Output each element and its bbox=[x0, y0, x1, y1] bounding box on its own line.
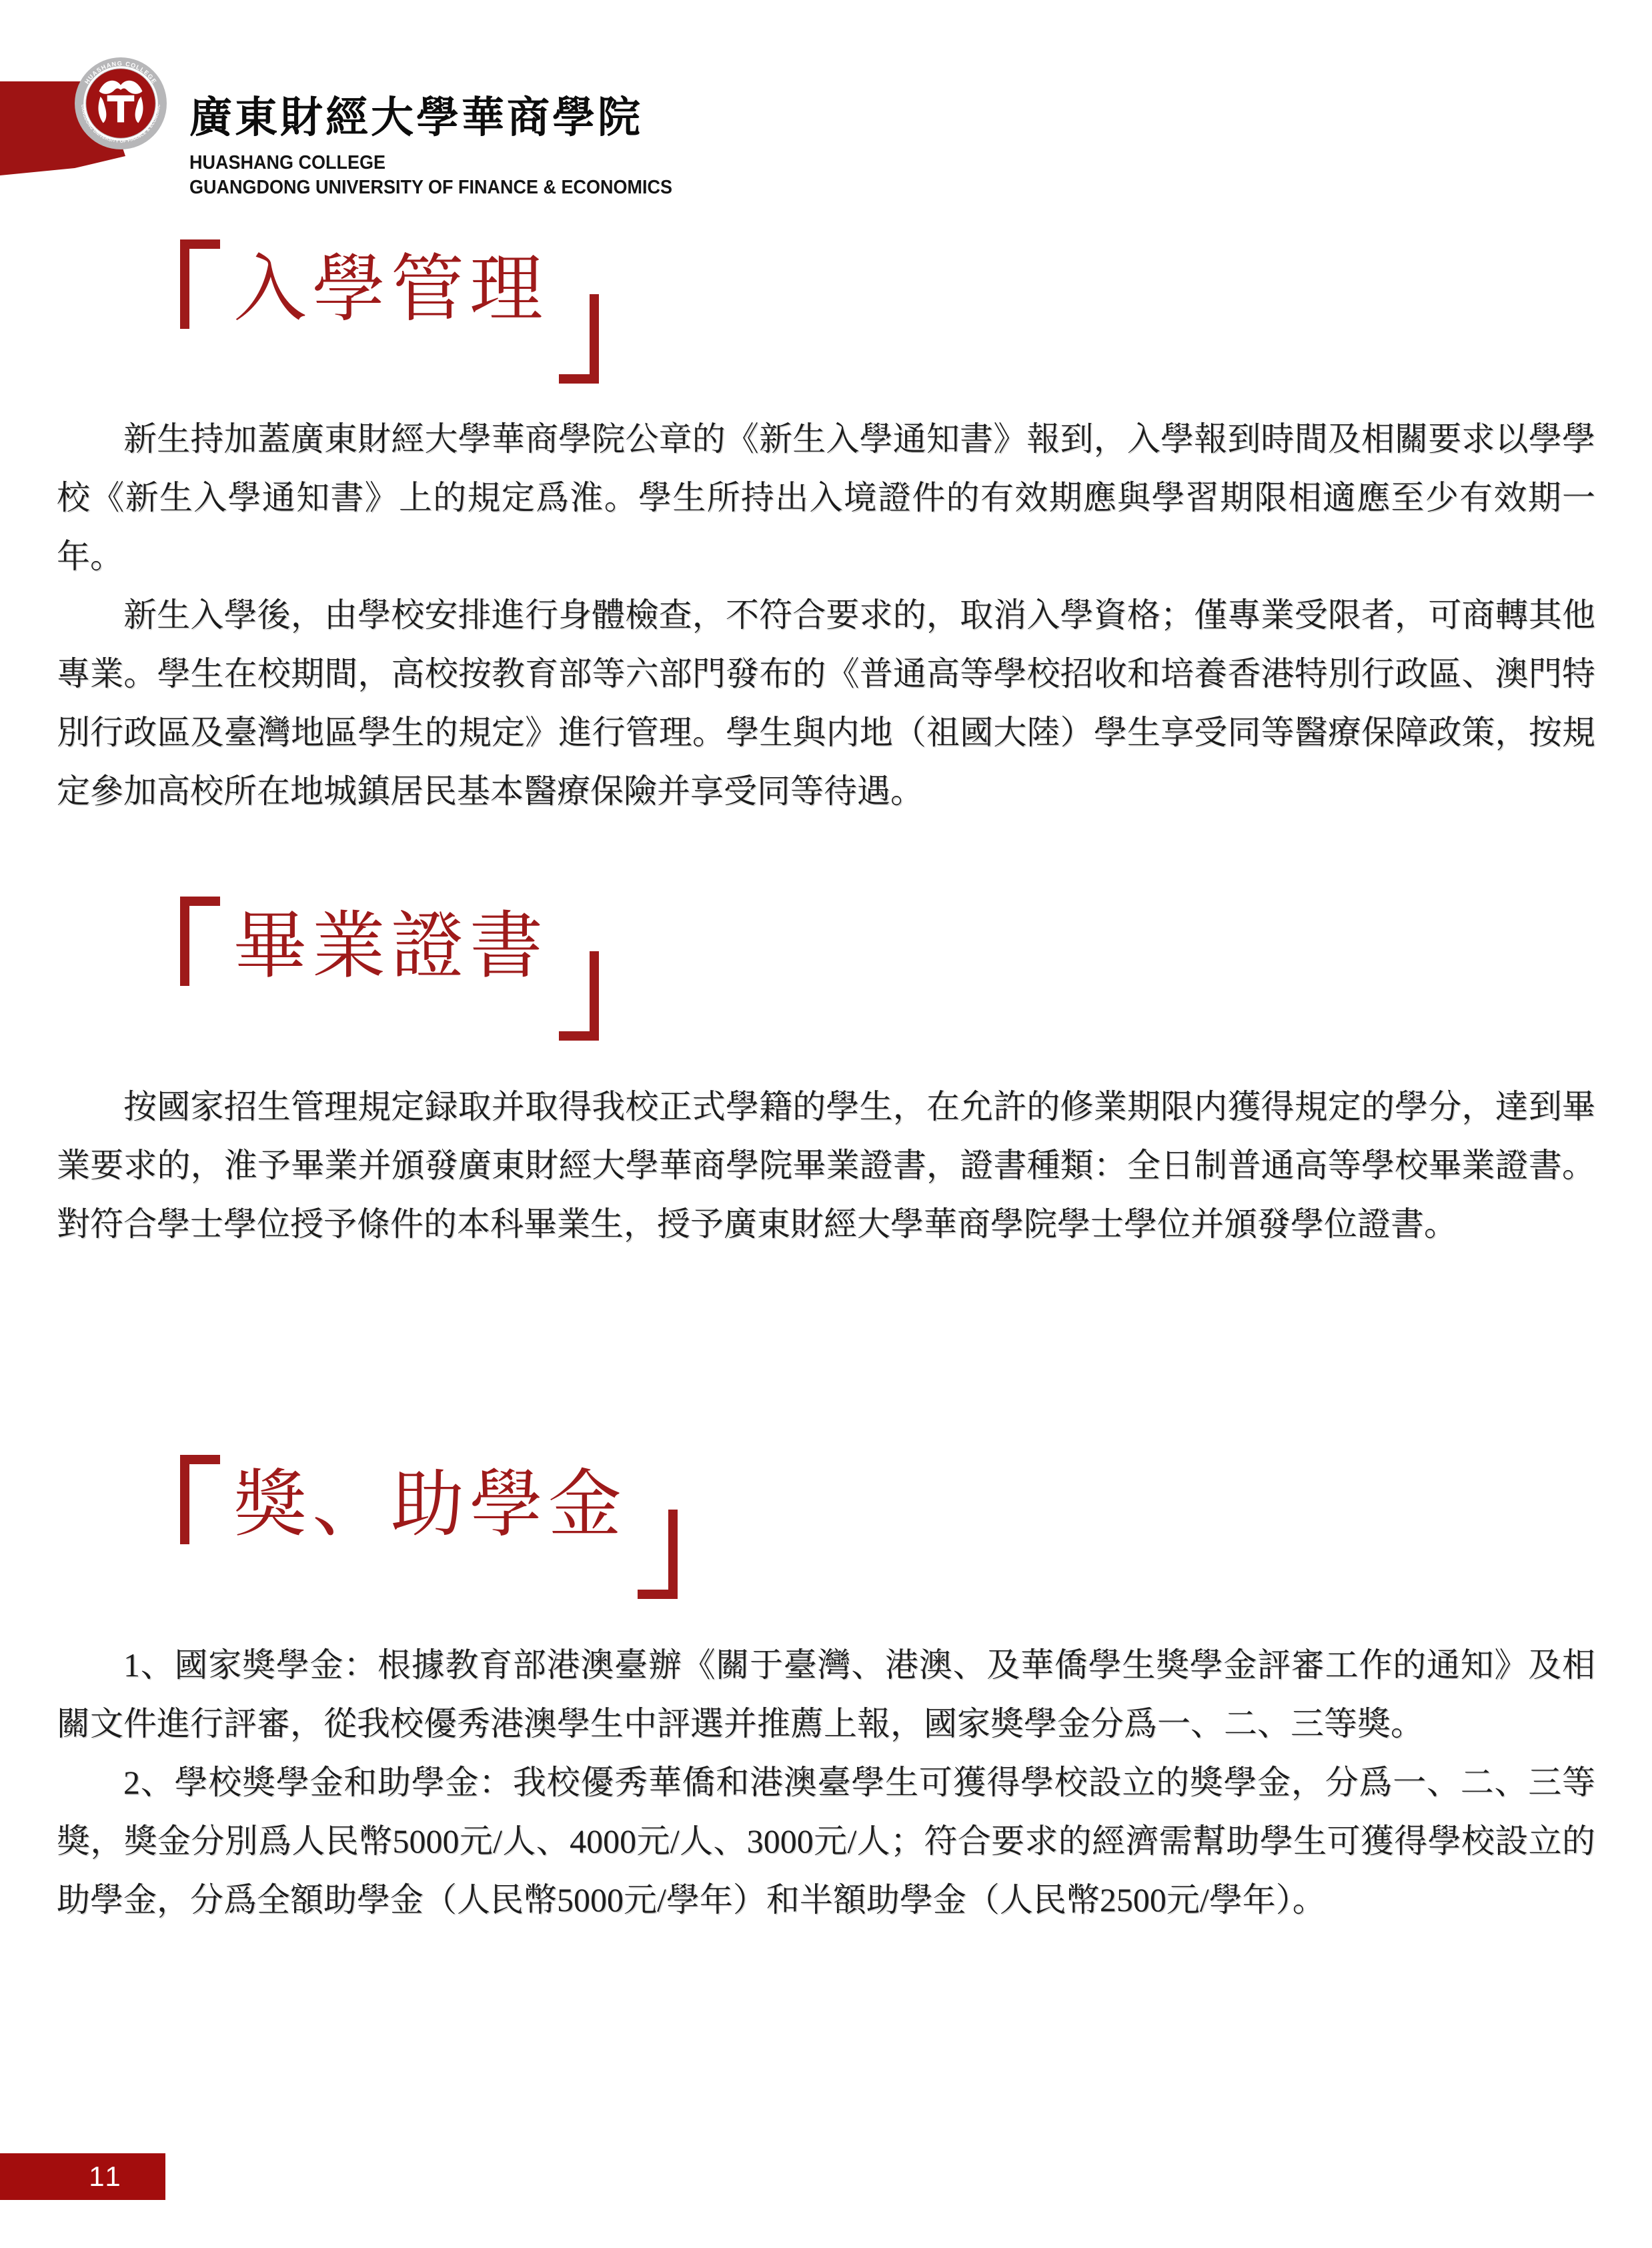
corner-bracket-close-icon bbox=[559, 951, 599, 1041]
page-content: 入學管理 新生持加蓋廣東財經大學華商學院公章的《新生入學通知書》報到，入學報到時… bbox=[0, 235, 1652, 1929]
section-title: 入學管理 bbox=[233, 233, 548, 347]
college-name-english-line1: HUASHANG COLLEGE bbox=[189, 152, 672, 174]
college-name-chinese: 廣東財經大學華商學院 bbox=[189, 95, 672, 141]
paragraph: 新生入學後，由學校安排進行身體檢查，不符合要求的，取消入學資格；僅專業受限者，可… bbox=[57, 586, 1595, 820]
paragraph: 1、國家獎學金：根據教育部港澳臺辦《關于臺灣、港澳、及華僑學生獎學金評審工作的通… bbox=[57, 1636, 1595, 1753]
page-number-bar: 11 bbox=[0, 2153, 165, 2200]
section-heading-scholarship: 獎、助學金 bbox=[180, 1451, 1595, 1594]
paragraph: 2、學校獎學金和助學金：我校優秀華僑和港澳臺學生可獲得學校設立的獎學金，分爲一、… bbox=[57, 1753, 1595, 1929]
document-page: HUASHANG COLLEGE GUANGDONG UNIVERSITY OF… bbox=[0, 0, 1652, 2248]
corner-bracket-open-icon bbox=[180, 897, 220, 986]
corner-bracket-open-icon bbox=[180, 1455, 220, 1544]
page-header: HUASHANG COLLEGE GUANGDONG UNIVERSITY OF… bbox=[0, 0, 1652, 230]
paragraph: 按國家招生管理規定録取并取得我校正式學籍的學生，在允許的修業期限内獲得規定的學分… bbox=[57, 1077, 1595, 1253]
corner-bracket-open-icon bbox=[180, 239, 220, 329]
page-number: 11 bbox=[89, 2161, 123, 2193]
section-title: 畢業證書 bbox=[233, 890, 548, 1004]
corner-bracket-close-icon bbox=[638, 1510, 678, 1599]
section-heading-diploma: 畢業證書 bbox=[180, 893, 1595, 1036]
section-title: 獎、助學金 bbox=[233, 1448, 627, 1562]
corner-bracket-close-icon bbox=[559, 294, 599, 384]
college-seal-icon: HUASHANG COLLEGE GUANGDONG UNIVERSITY OF… bbox=[73, 56, 168, 151]
college-name-english-line2: GUANGDONG UNIVERSITY OF FINANCE & ECONOM… bbox=[189, 177, 672, 199]
college-wordmark: 廣東財經大學華商學院 HUASHANG COLLEGE GUANGDONG UN… bbox=[189, 95, 672, 197]
paragraph: 新生持加蓋廣東財經大學華商學院公章的《新生入學通知書》報到，入學報到時間及相關要… bbox=[57, 410, 1595, 586]
section-heading-admission: 入學管理 bbox=[180, 235, 1595, 379]
